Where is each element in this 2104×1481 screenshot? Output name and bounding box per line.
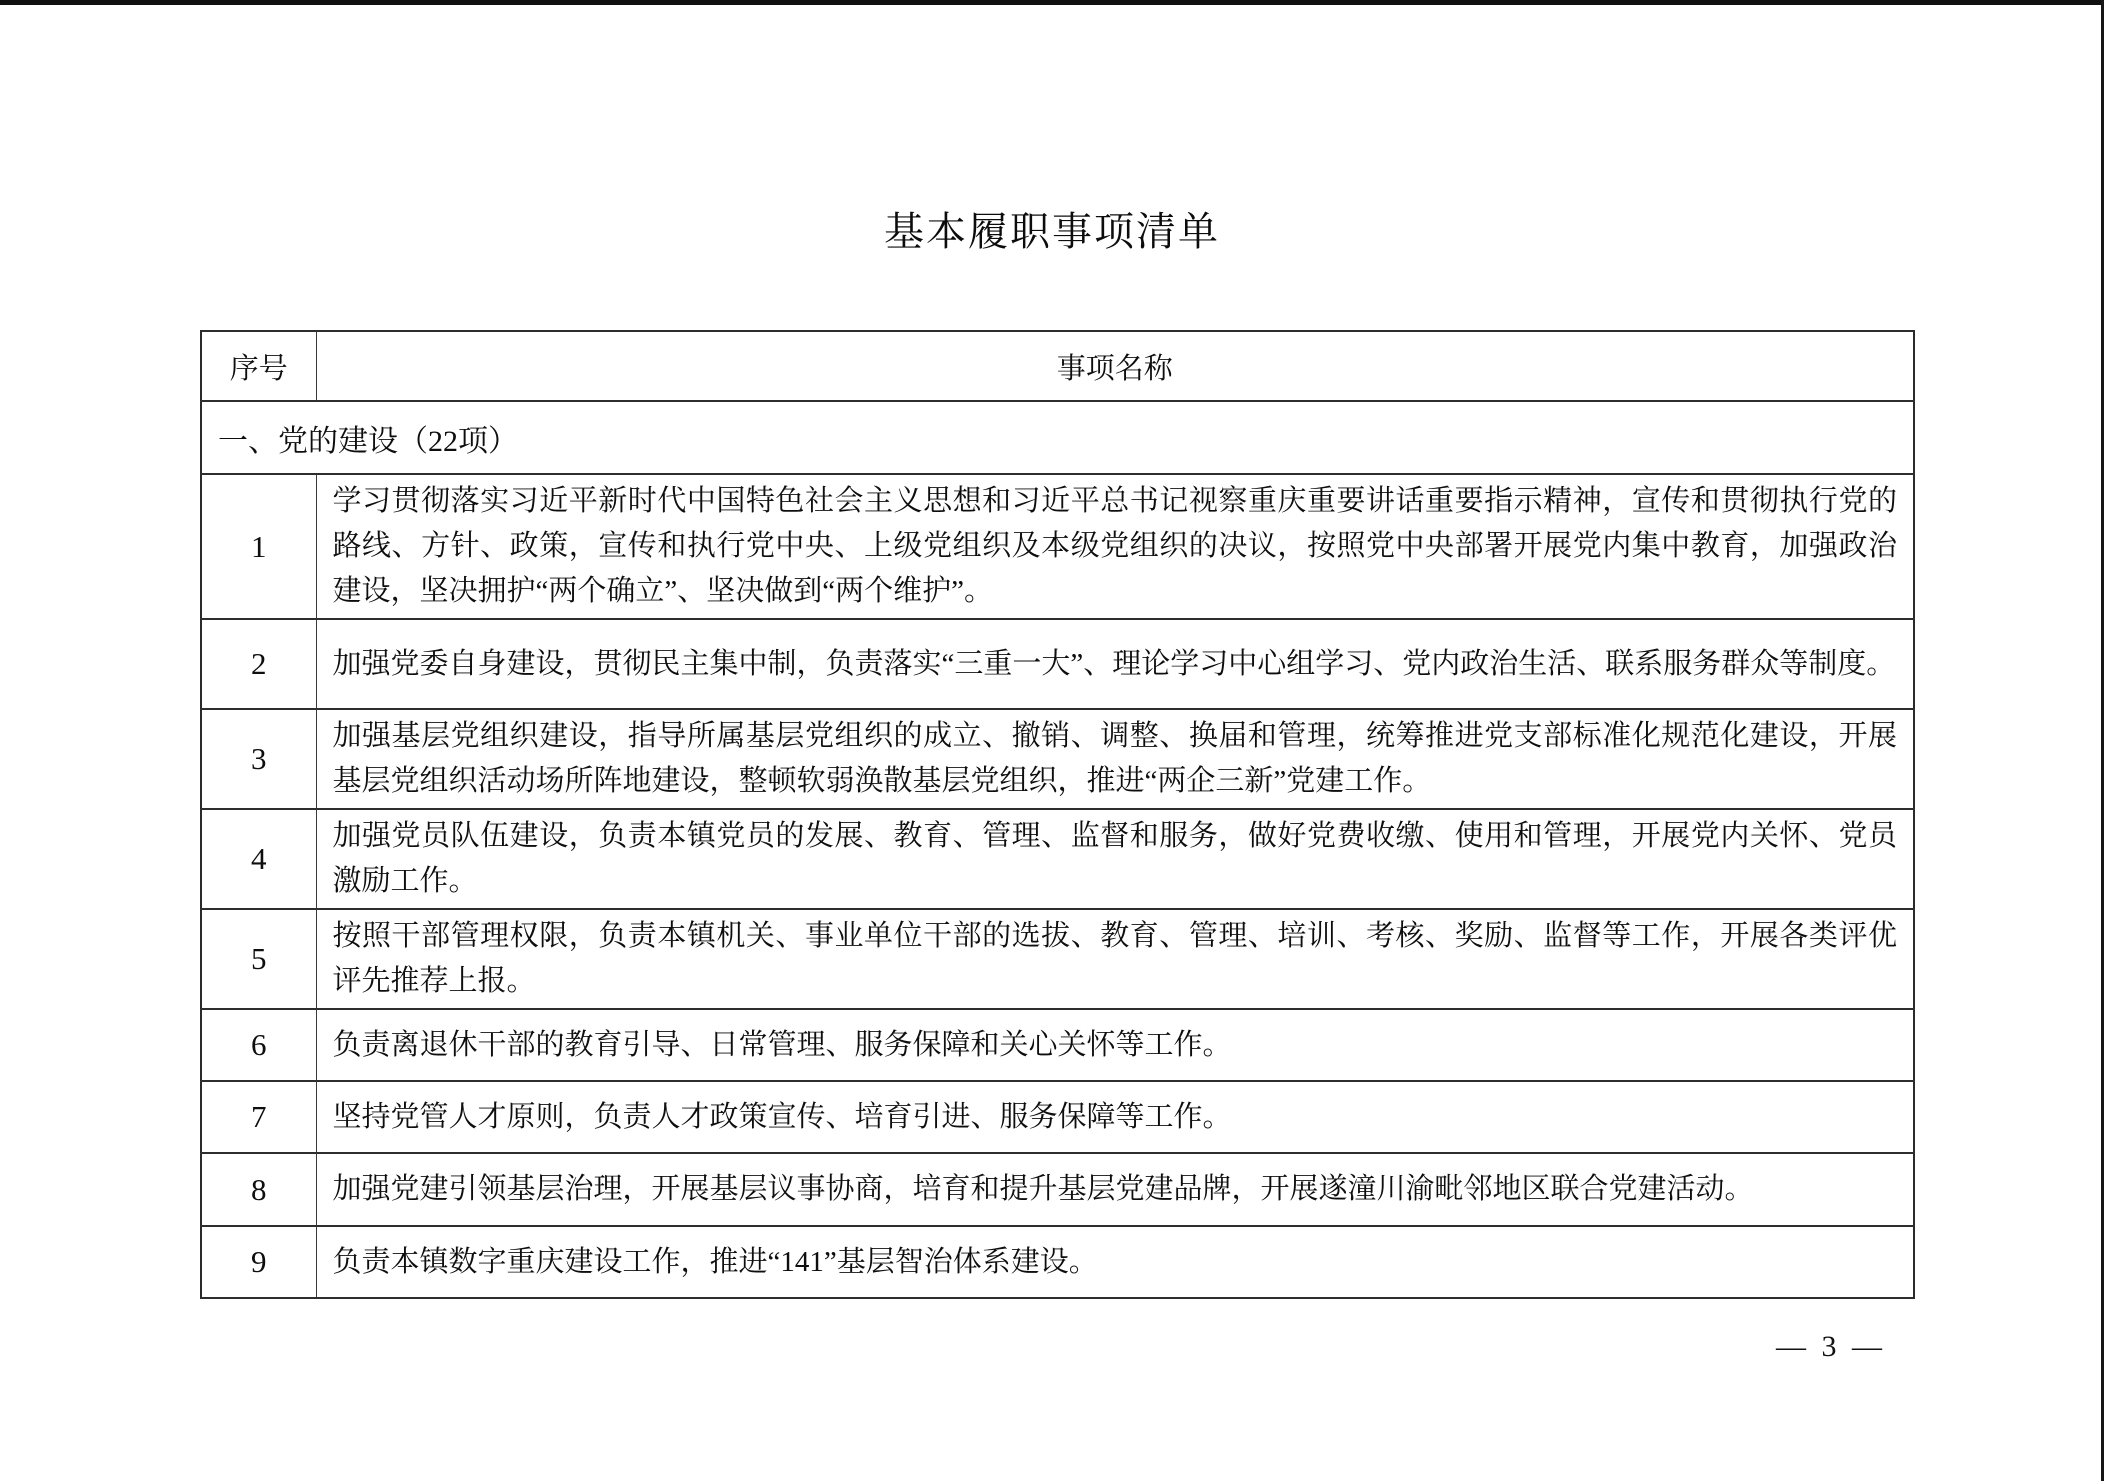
row-item-text: 按照干部管理权限，负责本镇机关、事业单位干部的选拔、教育、管理、培训、考核、奖励… xyxy=(316,909,1914,1009)
row-index: 5 xyxy=(201,909,316,1009)
row-index: 2 xyxy=(201,619,316,709)
table-row: 4 加强党员队伍建设，负责本镇党员的发展、教育、管理、监督和服务，做好党费收缴、… xyxy=(201,809,1914,909)
table-row: 6 负责离退休干部的教育引导、日常管理、服务保障和关心关怀等工作。 xyxy=(201,1009,1914,1081)
header-cell-name: 事项名称 xyxy=(316,331,1914,401)
row-index: 8 xyxy=(201,1153,316,1226)
table-row: 7 坚持党管人才原则，负责人才政策宣传、培育引进、服务保障等工作。 xyxy=(201,1081,1914,1153)
row-index: 1 xyxy=(201,474,316,619)
row-index: 6 xyxy=(201,1009,316,1081)
row-item-text: 负责本镇数字重庆建设工作，推进“141”基层智治体系建设。 xyxy=(316,1226,1914,1298)
page-number: — 3 — xyxy=(1776,1330,1886,1364)
document-page: { "page": { "title": "基本履职事项清单", "page_n… xyxy=(0,0,2104,1481)
table-row: 3 加强基层党组织建设，指导所属基层党组织的成立、撤销、调整、换届和管理，统筹推… xyxy=(201,709,1914,809)
row-item-text: 学习贯彻落实习近平新时代中国特色社会主义思想和习近平总书记视察重庆重要讲话重要指… xyxy=(316,474,1914,619)
header-cell-index: 序号 xyxy=(201,331,316,401)
row-item-text: 加强党员队伍建设，负责本镇党员的发展、教育、管理、监督和服务，做好党费收缴、使用… xyxy=(316,809,1914,909)
table-row: 8 加强党建引领基层治理，开展基层议事协商，培育和提升基层党建品牌，开展遂潼川渝… xyxy=(201,1153,1914,1226)
row-item-text: 加强党建引领基层治理，开展基层议事协商，培育和提升基层党建品牌，开展遂潼川渝毗邻… xyxy=(316,1153,1914,1226)
row-index: 3 xyxy=(201,709,316,809)
row-index: 7 xyxy=(201,1081,316,1153)
section-title: 一、党的建设（22项） xyxy=(201,401,1914,474)
table-header-row: 序号 事项名称 xyxy=(201,331,1914,401)
section-row: 一、党的建设（22项） xyxy=(201,401,1914,474)
row-item-text: 负责离退休干部的教育引导、日常管理、服务保障和关心关怀等工作。 xyxy=(316,1009,1914,1081)
row-item-text: 加强党委自身建设，贯彻民主集中制，负责落实“三重一大”、理论学习中心组学习、党内… xyxy=(316,619,1914,709)
table-row: 9 负责本镇数字重庆建设工作，推进“141”基层智治体系建设。 xyxy=(201,1226,1914,1298)
duty-items-table: 序号 事项名称 一、党的建设（22项） 1 学习贯彻落实习近平新时代中国特色社会… xyxy=(200,330,1915,1299)
page-title: 基本履职事项清单 xyxy=(0,200,2104,257)
table-row: 5 按照干部管理权限，负责本镇机关、事业单位干部的选拔、教育、管理、培训、考核、… xyxy=(201,909,1914,1009)
row-index: 4 xyxy=(201,809,316,909)
table-row: 1 学习贯彻落实习近平新时代中国特色社会主义思想和习近平总书记视察重庆重要讲话重… xyxy=(201,474,1914,619)
row-index: 9 xyxy=(201,1226,316,1298)
scan-edge-top xyxy=(0,0,2104,5)
row-item-text: 加强基层党组织建设，指导所属基层党组织的成立、撤销、调整、换届和管理，统筹推进党… xyxy=(316,709,1914,809)
table-row: 2 加强党委自身建设，贯彻民主集中制，负责落实“三重一大”、理论学习中心组学习、… xyxy=(201,619,1914,709)
row-item-text: 坚持党管人才原则，负责人才政策宣传、培育引进、服务保障等工作。 xyxy=(316,1081,1914,1153)
